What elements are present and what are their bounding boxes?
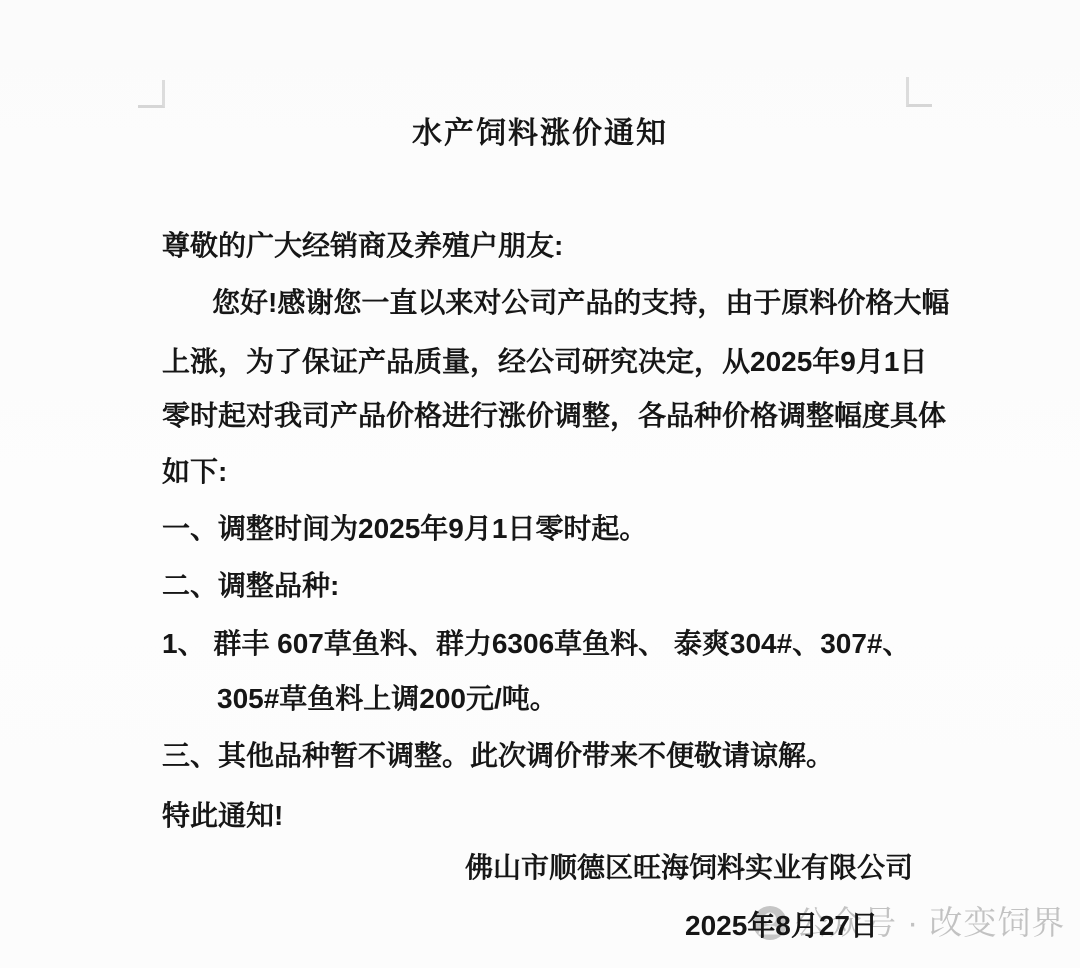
item-three-line: 三、其他品种暂不调整。此次调价带来不便敬请谅解。 <box>162 736 834 776</box>
product-list-line: 305#草鱼料上调200元/吨。 <box>217 679 558 719</box>
notice-document-page: 水产饲料涨价通知 尊敬的广大经销商及养殖户朋友: 您好!感谢您一直以来对公司产品… <box>0 0 1080 968</box>
body-line: 上涨，为了保证产品质量，经公司研究决定，从2025年9月1日 <box>162 342 927 382</box>
company-signature: 佛山市顺德区旺海饲料实业有限公司 <box>465 848 913 888</box>
salutation-line: 尊敬的广大经销商及养殖户朋友: <box>162 226 563 266</box>
closing-line: 特此通知! <box>162 796 283 836</box>
page-corner-mark-left <box>138 80 165 108</box>
document-title: 水产饲料涨价通知 <box>0 114 1080 154</box>
item-two-line: 二、调整品种: <box>162 566 339 606</box>
document-date: 2025年8月27日 <box>685 906 878 946</box>
page-corner-mark-right <box>906 77 932 107</box>
product-list-line: 1、 群丰 607草鱼料、群力6306草鱼料、 泰爽304#、307#、 <box>162 624 911 664</box>
body-line: 零时起对我司产品价格进行涨价调整，各品种价格调整幅度具体 <box>162 396 946 436</box>
item-one-line: 一、调整时间为2025年9月1日零时起。 <box>162 509 647 549</box>
body-line: 如下: <box>162 452 227 492</box>
body-line: 您好!感谢您一直以来对公司产品的支持，由于原料价格大幅 <box>212 283 949 323</box>
